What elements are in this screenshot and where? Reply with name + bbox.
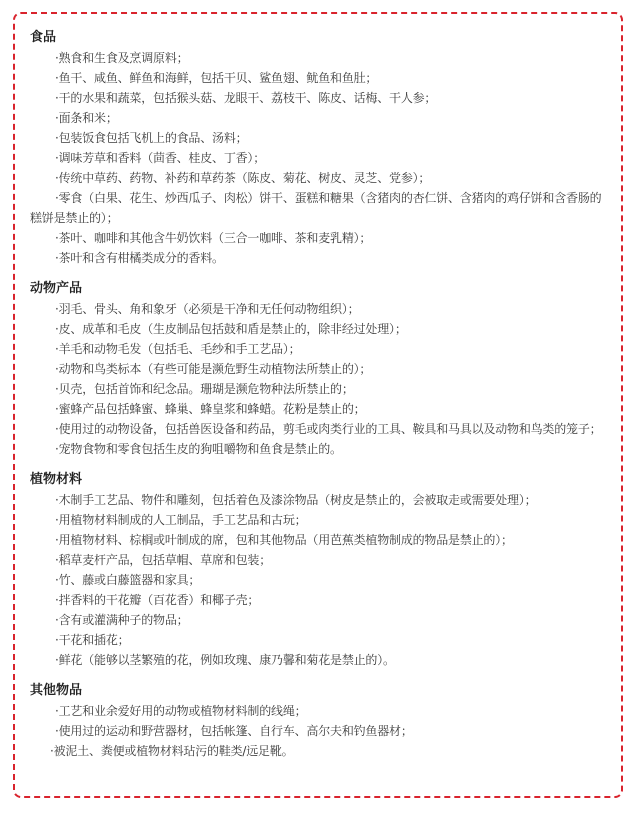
list-item: ·羽毛、骨头、角和象牙（必须是干净和无任何动物组织）；	[30, 299, 605, 319]
list-item: ·面条和米；	[30, 108, 605, 128]
list-item: ·包装饭食包括飞机上的食品、汤料；	[30, 128, 605, 148]
list-item: ·稻草麦杆产品，包括草帽、草席和包装；	[30, 550, 605, 570]
list-item: ·鱼干、咸鱼、鲜鱼和海鲜，包括干贝、鲨鱼翅、鱿鱼和鱼肚；	[30, 68, 605, 88]
list-item: ·茶叶和含有柑橘类成分的香料。	[30, 248, 605, 268]
section-plant-materials: 植物材料 ·木制手工艺品、物件和雕刻，包括着色及漆涂物品（树皮是禁止的，会被取走…	[30, 470, 605, 670]
list-item: ·动物和鸟类标本（有些可能是濒危野生动植物法所禁止的）；	[30, 359, 605, 379]
list-item: ·零食（白果、花生、炒西瓜子、肉松）饼干、蛋糕和糖果（含猪肉的杏仁饼、含猪肉的鸡…	[30, 188, 605, 228]
dashed-content-box: 食品 ·熟食和生食及烹调原料； ·鱼干、咸鱼、鲜鱼和海鲜，包括干贝、鲨鱼翅、鱿鱼…	[13, 12, 623, 798]
list-item: ·皮、成革和毛皮（生皮制品包括鼓和盾是禁止的，除非经过处理）；	[30, 319, 605, 339]
list-item: ·用植物材料制成的人工制品，手工艺品和古玩；	[30, 510, 605, 530]
section-title: 食品	[30, 28, 605, 48]
list-item: ·茶叶、咖啡和其他含牛奶饮料（三合一咖啡、茶和麦乳精）；	[30, 228, 605, 248]
list-item: ·工艺和业余爱好用的动物或植物材料制的线绳；	[30, 701, 605, 721]
list-item: ·干花和插花；	[30, 630, 605, 650]
section-other-items: 其他物品 ·工艺和业余爱好用的动物或植物材料制的线绳； ·使用过的运动和野营器材…	[30, 681, 605, 761]
list-item: ·使用过的运动和野营器材，包括帐篷、自行车、高尔夫和钓鱼器材；	[30, 721, 605, 741]
section-title: 其他物品	[30, 681, 605, 701]
list-item: ·羊毛和动物毛发（包括毛、毛纱和手工艺品）；	[30, 339, 605, 359]
list-item: ·贝壳，包括首饰和纪念品。珊瑚是濒危物种法所禁止的；	[30, 379, 605, 399]
section-title: 动物产品	[30, 279, 605, 299]
list-item: ·被泥土、粪便或植物材料玷污的鞋类/远足靴。	[30, 741, 605, 761]
list-item: ·木制手工艺品、物件和雕刻，包括着色及漆涂物品（树皮是禁止的，会被取走或需要处理…	[30, 490, 605, 510]
list-item: ·含有或灌满种子的物品；	[30, 610, 605, 630]
section-animal-products: 动物产品 ·羽毛、骨头、角和象牙（必须是干净和无任何动物组织）； ·皮、成革和毛…	[30, 279, 605, 459]
list-item: ·拌香料的干花瓣（百花香）和椰子壳；	[30, 590, 605, 610]
list-item: ·熟食和生食及烹调原料；	[30, 48, 605, 68]
list-item: ·宠物食物和零食包括生皮的狗咀嚼物和鱼食是禁止的。	[30, 439, 605, 459]
list-item: ·用植物材料、棕榈或叶制成的席，包和其他物品（用芭蕉类植物制成的物品是禁止的）；	[30, 530, 605, 550]
list-item: ·竹、藤或白藤篮器和家具；	[30, 570, 605, 590]
list-item: ·使用过的动物设备，包括兽医设备和药品，剪毛或肉类行业的工具、鞍具和马具以及动物…	[30, 419, 605, 439]
list-item: ·调味芳草和香料（茴香、桂皮、丁香）；	[30, 148, 605, 168]
list-item: ·鲜花（能够以茎繁殖的花，例如玫瑰、康乃馨和菊花是禁止的）。	[30, 650, 605, 670]
section-food: 食品 ·熟食和生食及烹调原料； ·鱼干、咸鱼、鲜鱼和海鲜，包括干贝、鲨鱼翅、鱿鱼…	[30, 28, 605, 268]
list-item: ·蜜蜂产品包括蜂蜜、蜂巢、蜂皇浆和蜂蜡。花粉是禁止的；	[30, 399, 605, 419]
list-item: ·传统中草药、药物、补药和草药茶（陈皮、菊花、树皮、灵芝、党参）；	[30, 168, 605, 188]
section-title: 植物材料	[30, 470, 605, 490]
list-item: ·干的水果和蔬菜，包括猴头菇、龙眼干、荔枝干、陈皮、话梅、干人参；	[30, 88, 605, 108]
